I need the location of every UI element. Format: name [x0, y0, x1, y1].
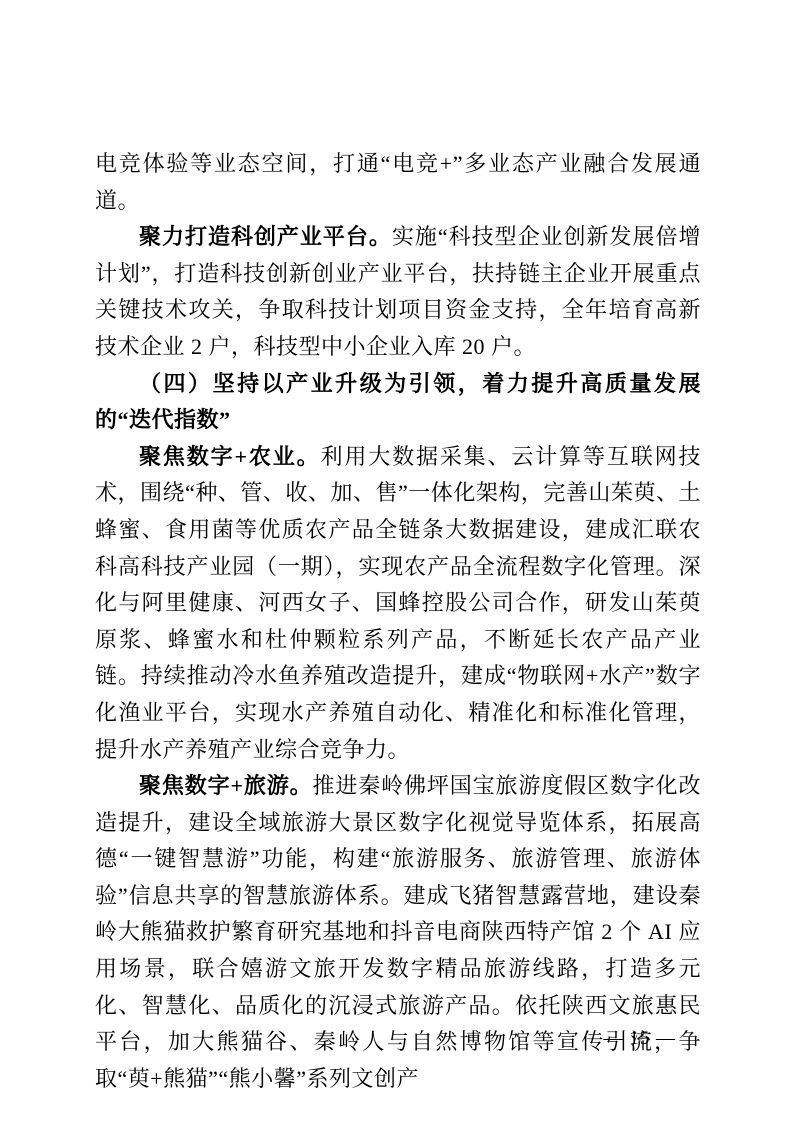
- paragraph: 聚力打造科创产业平台。实施“科技型企业创新发展倍增计划”，打造科技创新创业产业平…: [95, 219, 701, 365]
- document-body: 电竞体验等业态空间，打通“电竞+”多业态产业融合发展通道。 聚力打造科创产业平台…: [95, 146, 701, 1097]
- paragraph-text: 利用大数据采集、云计算等互联网技术，围绕“种、管、收、加、售”一体化架构，完善山…: [95, 444, 701, 762]
- paragraph: 聚焦数字+农业。利用大数据采集、云计算等互联网技术，围绕“种、管、收、加、售”一…: [95, 439, 701, 768]
- paragraph-continuation: 电竞体验等业态空间，打通“电竞+”多业态产业融合发展通道。: [95, 146, 701, 219]
- paragraph-bold-lead: 聚焦数字+农业。: [139, 444, 320, 469]
- paragraph-bold-lead: 聚焦数字+旅游。: [139, 773, 313, 798]
- paragraph-bold-lead: 聚力打造科创产业平台。: [139, 224, 392, 249]
- page-number: — 15 —: [0, 1028, 676, 1050]
- paragraph-text: 电竞体验等业态空间，打通“电竞+”多业态产业融合发展通道。: [95, 151, 701, 213]
- document-page: 电竞体验等业态空间，打通“电竞+”多业态产业融合发展通道。 聚力打造科创产业平台…: [0, 0, 793, 1122]
- section-heading: （四）坚持以产业升级为引领，着力提升高质量发展的“迭代指数”: [95, 366, 701, 439]
